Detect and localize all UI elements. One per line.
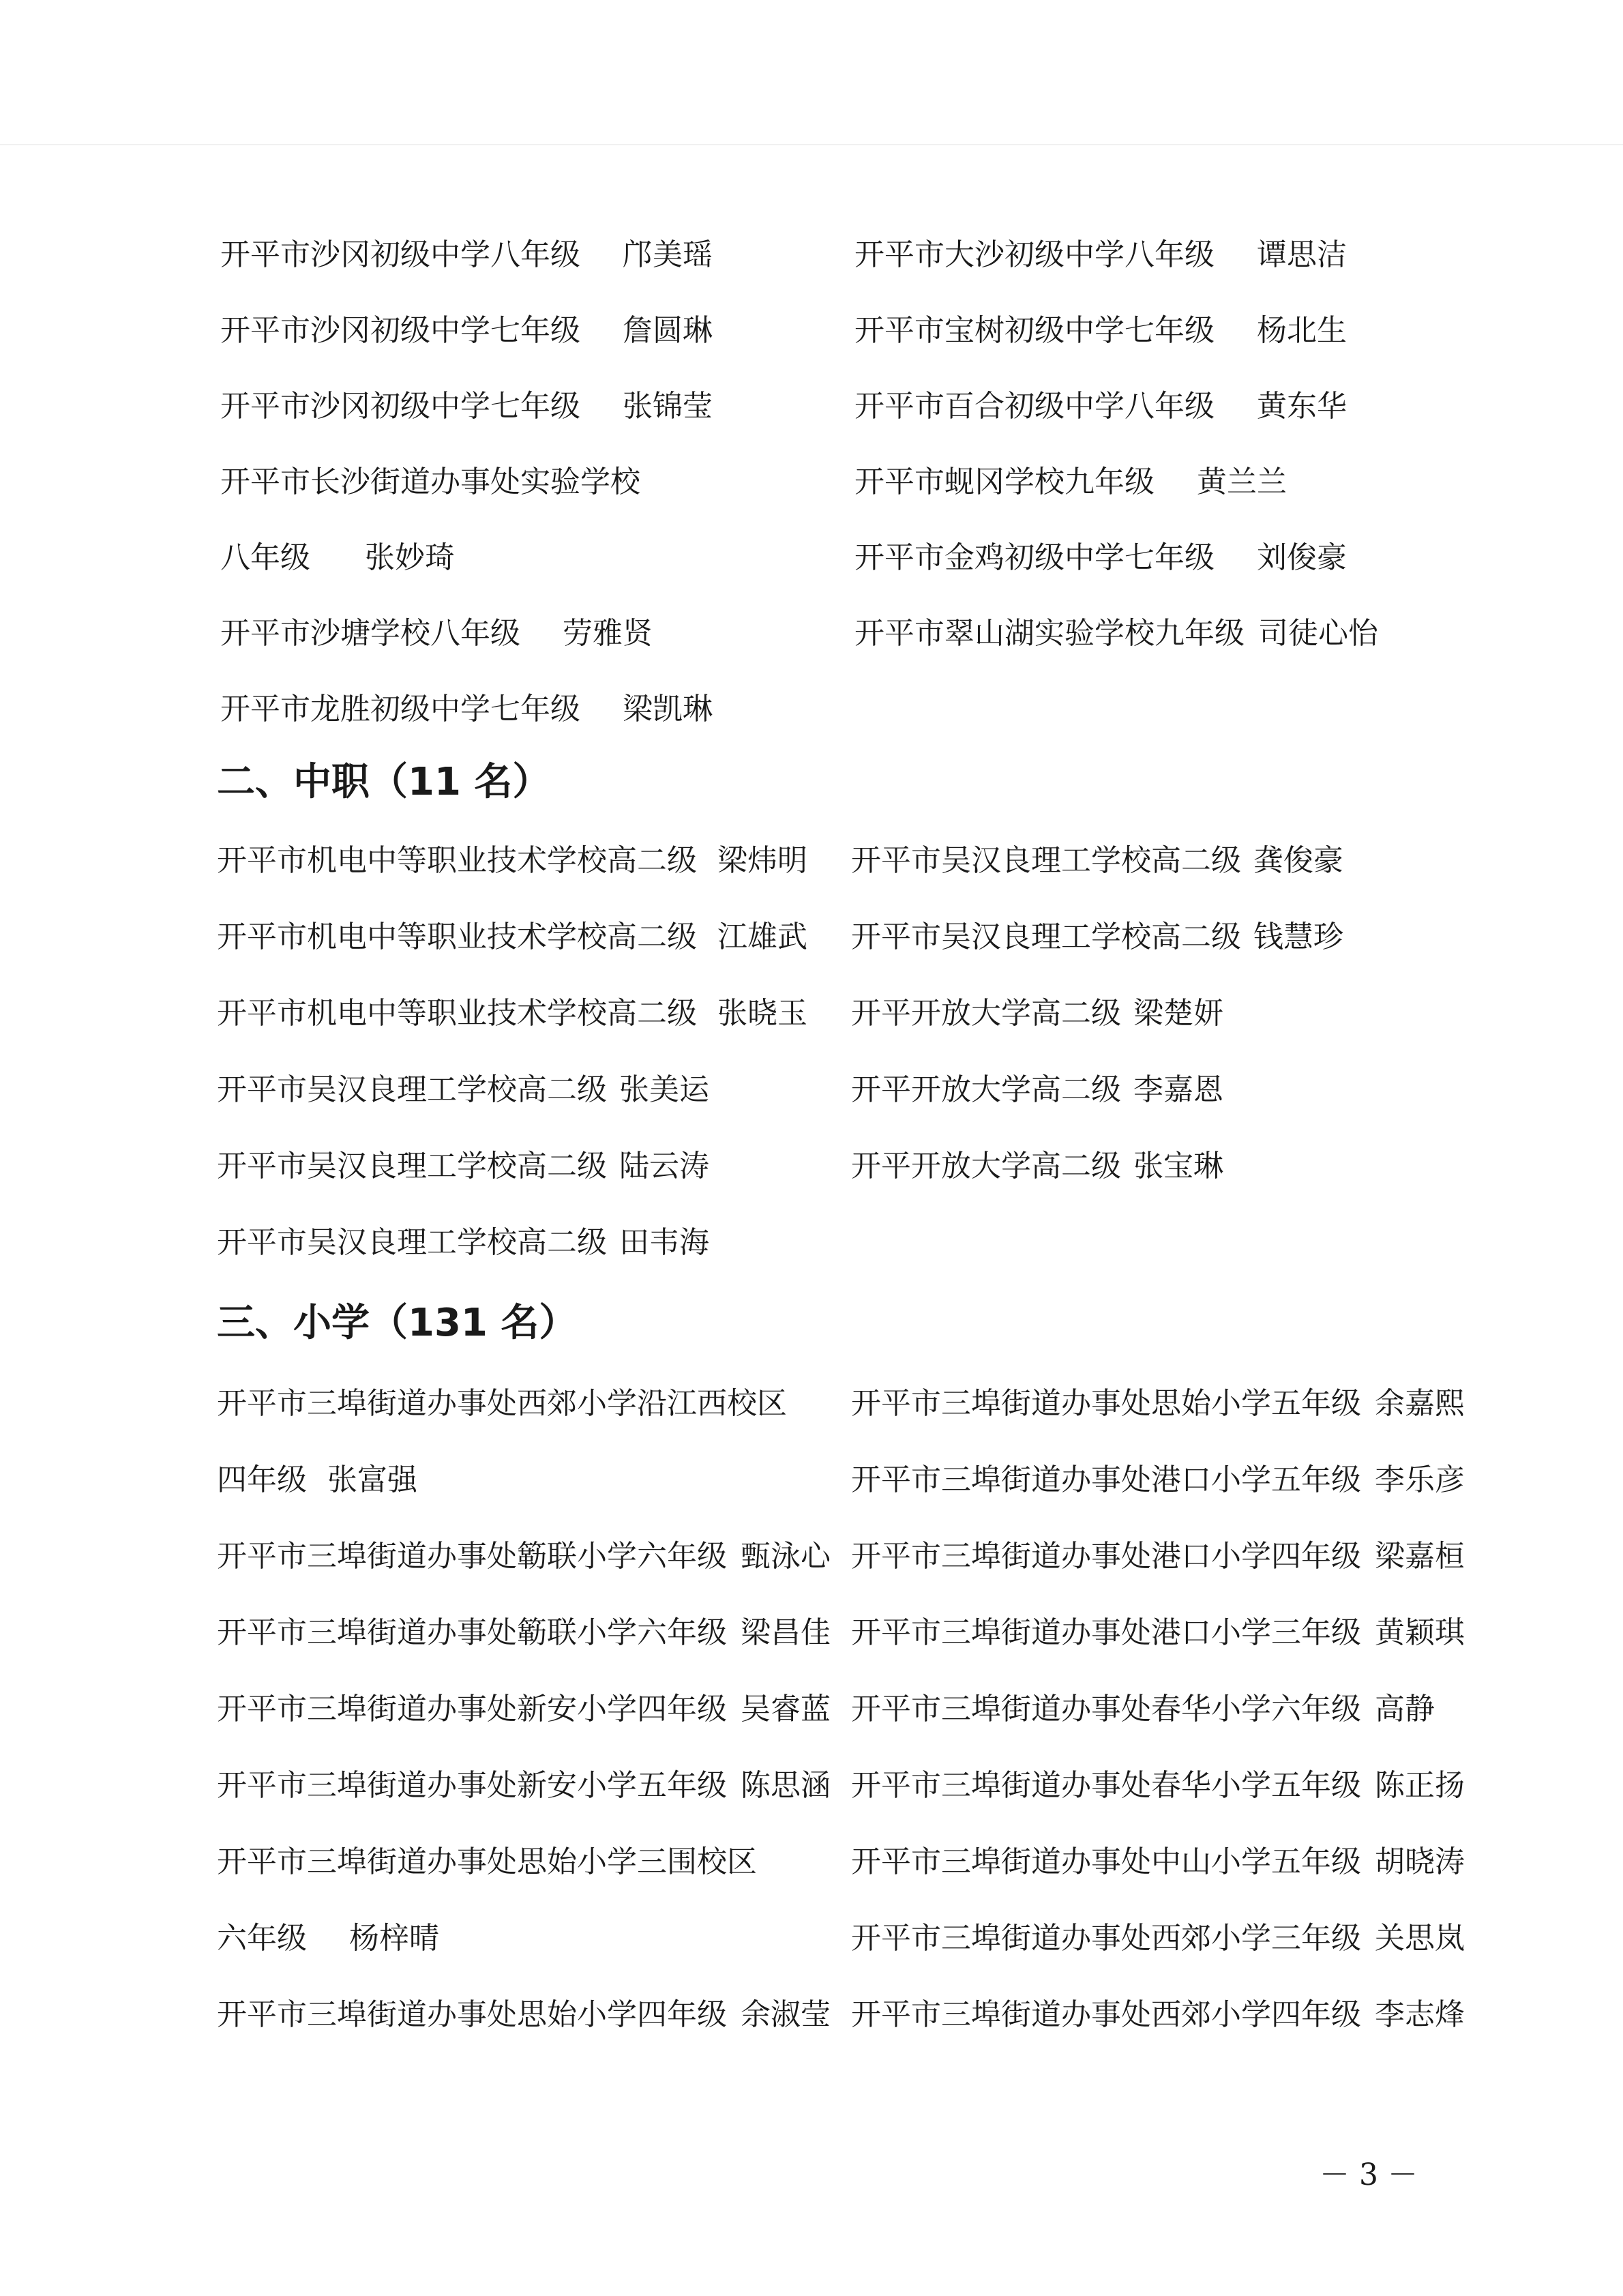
list-item: 开平市三埠街道办事处港口小学五年级李乐彦 xyxy=(851,1461,1465,1499)
student-name: 梁嘉桓 xyxy=(1375,1537,1465,1576)
school-grade: 开平市机电中等职业技术学校高二级 xyxy=(217,843,697,878)
school-grade: 开平市三埠街道办事处港口小学四年级 xyxy=(851,1539,1361,1574)
student-name: 黄东华 xyxy=(1257,387,1347,426)
student-name: 钱慧珍 xyxy=(1253,918,1343,956)
list-item: 开平市三埠街道办事处春华小学六年级高静 xyxy=(851,1690,1435,1728)
student-name: 谭思洁 xyxy=(1257,236,1347,274)
list-item: 开平市三埠街道办事处簕联小学六年级甄泳心 xyxy=(217,1537,831,1576)
school-grade: 开平市宝树初级中学七年级 xyxy=(854,313,1215,348)
school-grade: 开平市吴汉良理工学校高二级 xyxy=(217,1149,607,1183)
list-item: 开平市吴汉良理工学校高二级张美运 xyxy=(217,1071,709,1109)
school-grade: 开平市沙冈初级中学七年级 xyxy=(220,389,580,424)
list-item: 开平市机电中等职业技术学校高二级梁炜明 xyxy=(217,842,807,880)
list-item: 开平市三埠街道办事处思始小学三围校区 xyxy=(217,1843,757,1881)
student-name: 劳雅贤 xyxy=(563,615,653,653)
list-item: 开平市大沙初级中学八年级谭思洁 xyxy=(854,236,1347,274)
school-grade: 开平市三埠街道办事处港口小学五年级 xyxy=(851,1462,1361,1497)
list-item: 开平市吴汉良理工学校高二级龚俊豪 xyxy=(851,842,1343,880)
student-name: 陆云涛 xyxy=(619,1147,709,1186)
school-grade: 开平市三埠街道办事处簕联小学六年级 xyxy=(217,1539,727,1574)
student-name: 詹圆琳 xyxy=(623,312,713,350)
student-name: 余嘉熙 xyxy=(1375,1385,1465,1423)
list-item: 开平市沙冈初级中学八年级邝美瑶 xyxy=(220,236,713,274)
section-heading: 三、小学（131 名） xyxy=(217,1299,577,1347)
school-grade: 开平市三埠街道办事处中山小学五年级 xyxy=(851,1844,1361,1879)
student-name: 江雄武 xyxy=(717,918,807,956)
student-name: 关思岚 xyxy=(1375,1919,1465,1958)
school-grade: 开平市沙冈初级中学七年级 xyxy=(220,313,580,348)
school-grade: 开平市三埠街道办事处新安小学四年级 xyxy=(217,1692,727,1726)
list-item: 开平市三埠街道办事处簕联小学六年级梁昌佳 xyxy=(217,1614,831,1652)
student-name: 梁昌佳 xyxy=(741,1614,831,1652)
list-item: 开平市龙胜初级中学七年级梁凯琳 xyxy=(220,690,713,728)
student-name: 张晓玉 xyxy=(717,995,807,1033)
list-item: 开平市三埠街道办事处春华小学五年级陈正扬 xyxy=(851,1767,1465,1805)
list-item: 开平市金鸡初级中学七年级刘俊豪 xyxy=(854,539,1347,577)
school-grade: 开平市蚬冈学校九年级 xyxy=(854,465,1155,499)
school-grade: 开平市吴汉良理工学校高二级 xyxy=(217,1072,607,1107)
list-item: 开平市三埠街道办事处西郊小学四年级李志烽 xyxy=(851,1996,1465,2034)
student-name: 龚俊豪 xyxy=(1253,842,1343,880)
school-grade: 开平市三埠街道办事处春华小学五年级 xyxy=(851,1768,1361,1803)
school-grade: 开平市三埠街道办事处港口小学三年级 xyxy=(851,1615,1361,1650)
school-grade: 开平市三埠街道办事处簕联小学六年级 xyxy=(217,1615,727,1650)
student-name: 张富强 xyxy=(327,1461,417,1499)
list-item: 开平开放大学高二级李嘉恩 xyxy=(851,1071,1223,1109)
list-item: 开平开放大学高二级梁楚妍 xyxy=(851,995,1223,1033)
school-grade: 开平市三埠街道办事处思始小学五年级 xyxy=(851,1386,1361,1421)
list-item: 开平市三埠街道办事处思始小学四年级余淑莹 xyxy=(217,1996,831,2034)
school-grade: 六年级 xyxy=(217,1921,307,1956)
student-name: 李乐彦 xyxy=(1375,1461,1465,1499)
school-grade: 开平市龙胜初级中学七年级 xyxy=(220,692,580,726)
school-grade: 开平市大沙初级中学八年级 xyxy=(854,237,1215,272)
student-name: 吴睿蓝 xyxy=(741,1690,831,1728)
student-name: 陈思涵 xyxy=(741,1767,831,1805)
school-grade: 开平市机电中等职业技术学校高二级 xyxy=(217,996,697,1031)
student-name: 张美运 xyxy=(619,1071,709,1109)
student-name: 张宝琳 xyxy=(1133,1147,1223,1186)
school-grade: 开平市吴汉良理工学校高二级 xyxy=(217,1225,607,1260)
list-item: 开平市百合初级中学八年级黄东华 xyxy=(854,387,1347,426)
list-item: 开平市吴汉良理工学校高二级陆云涛 xyxy=(217,1147,709,1186)
page-number: － 3 － xyxy=(1320,2156,1418,2194)
school-grade: 开平市机电中等职业技术学校高二级 xyxy=(217,919,697,954)
list-item: 开平市三埠街道办事处西郊小学沿江西校区 xyxy=(217,1385,787,1423)
school-grade: 开平市百合初级中学八年级 xyxy=(854,389,1215,424)
school-grade: 开平市金鸡初级中学七年级 xyxy=(854,540,1215,575)
school-grade: 开平市吴汉良理工学校高二级 xyxy=(851,843,1241,878)
student-name: 刘俊豪 xyxy=(1257,539,1347,577)
list-item: 开平市三埠街道办事处中山小学五年级胡晓涛 xyxy=(851,1843,1465,1881)
student-name: 司徒心怡 xyxy=(1258,615,1378,653)
student-name: 胡晓涛 xyxy=(1375,1843,1465,1881)
school-grade: 开平市吴汉良理工学校高二级 xyxy=(851,919,1241,954)
list-item: 开平市三埠街道办事处思始小学五年级余嘉熙 xyxy=(851,1385,1465,1423)
school-grade: 开平开放大学高二级 xyxy=(851,1149,1121,1183)
list-item: 开平市沙塘学校八年级劳雅贤 xyxy=(220,615,653,653)
student-name: 田韦海 xyxy=(619,1224,709,1262)
student-name: 梁楚妍 xyxy=(1133,995,1223,1033)
student-name: 杨北生 xyxy=(1257,312,1347,350)
list-item: 八年级张妙琦 xyxy=(220,539,455,577)
student-name: 张妙琦 xyxy=(365,539,455,577)
school-grade: 开平市沙冈初级中学八年级 xyxy=(220,237,580,272)
list-item: 开平市蚬冈学校九年级黄兰兰 xyxy=(854,463,1287,501)
school-grade: 开平开放大学高二级 xyxy=(851,996,1121,1031)
school-grade: 开平市三埠街道办事处春华小学六年级 xyxy=(851,1692,1361,1726)
list-item: 开平市吴汉良理工学校高二级田韦海 xyxy=(217,1224,709,1262)
list-item: 开平市翠山湖实验学校九年级司徒心怡 xyxy=(854,615,1378,653)
student-name: 黄兰兰 xyxy=(1197,463,1287,501)
list-item: 开平市宝树初级中学七年级杨北生 xyxy=(854,312,1347,350)
student-name: 李志烽 xyxy=(1375,1996,1465,2034)
section-heading: 二、中职（11 名） xyxy=(217,759,550,806)
list-item: 开平市三埠街道办事处港口小学三年级黄颖琪 xyxy=(851,1614,1465,1652)
list-item: 开平市长沙街道办事处实验学校 xyxy=(220,463,640,501)
school-grade: 四年级 xyxy=(217,1462,307,1497)
school-grade: 开平市长沙街道办事处实验学校 xyxy=(220,465,640,499)
school-grade: 开平市沙塘学校八年级 xyxy=(220,616,520,651)
list-item: 开平市沙冈初级中学七年级詹圆琳 xyxy=(220,312,713,350)
list-item: 四年级张富强 xyxy=(217,1461,417,1499)
student-name: 梁凯琳 xyxy=(623,690,713,728)
student-name: 杨梓晴 xyxy=(349,1919,439,1958)
student-name: 陈正扬 xyxy=(1375,1767,1465,1805)
school-grade: 开平市三埠街道办事处西郊小学三年级 xyxy=(851,1921,1361,1956)
school-grade: 开平市三埠街道办事处西郊小学四年级 xyxy=(851,1997,1361,2032)
school-grade: 开平市三埠街道办事处思始小学四年级 xyxy=(217,1997,727,2032)
student-name: 高静 xyxy=(1375,1690,1435,1728)
scan-edge-line xyxy=(0,144,1623,145)
student-name: 甄泳心 xyxy=(741,1537,831,1576)
school-grade: 开平市三埠街道办事处西郊小学沿江西校区 xyxy=(217,1386,787,1421)
school-grade: 八年级 xyxy=(220,540,310,575)
school-grade: 开平市翠山湖实验学校九年级 xyxy=(854,616,1245,651)
list-item: 开平市三埠街道办事处西郊小学三年级关思岚 xyxy=(851,1919,1465,1958)
school-grade: 开平市三埠街道办事处新安小学五年级 xyxy=(217,1768,727,1803)
student-name: 黄颖琪 xyxy=(1375,1614,1465,1652)
list-item: 开平开放大学高二级张宝琳 xyxy=(851,1147,1223,1186)
list-item: 六年级杨梓晴 xyxy=(217,1919,439,1958)
list-item: 开平市三埠街道办事处港口小学四年级梁嘉桓 xyxy=(851,1537,1465,1576)
student-name: 邝美瑶 xyxy=(623,236,713,274)
student-name: 梁炜明 xyxy=(717,842,807,880)
student-name: 张锦莹 xyxy=(623,387,713,426)
list-item: 开平市吴汉良理工学校高二级钱慧珍 xyxy=(851,918,1343,956)
list-item: 开平市机电中等职业技术学校高二级江雄武 xyxy=(217,918,807,956)
list-item: 开平市三埠街道办事处新安小学五年级陈思涵 xyxy=(217,1767,831,1805)
list-item: 开平市机电中等职业技术学校高二级张晓玉 xyxy=(217,995,807,1033)
student-name: 李嘉恩 xyxy=(1133,1071,1223,1109)
school-grade: 开平市三埠街道办事处思始小学三围校区 xyxy=(217,1844,757,1879)
student-name: 余淑莹 xyxy=(741,1996,831,2034)
list-item: 开平市三埠街道办事处新安小学四年级吴睿蓝 xyxy=(217,1690,831,1728)
list-item: 开平市沙冈初级中学七年级张锦莹 xyxy=(220,387,713,426)
school-grade: 开平开放大学高二级 xyxy=(851,1072,1121,1107)
